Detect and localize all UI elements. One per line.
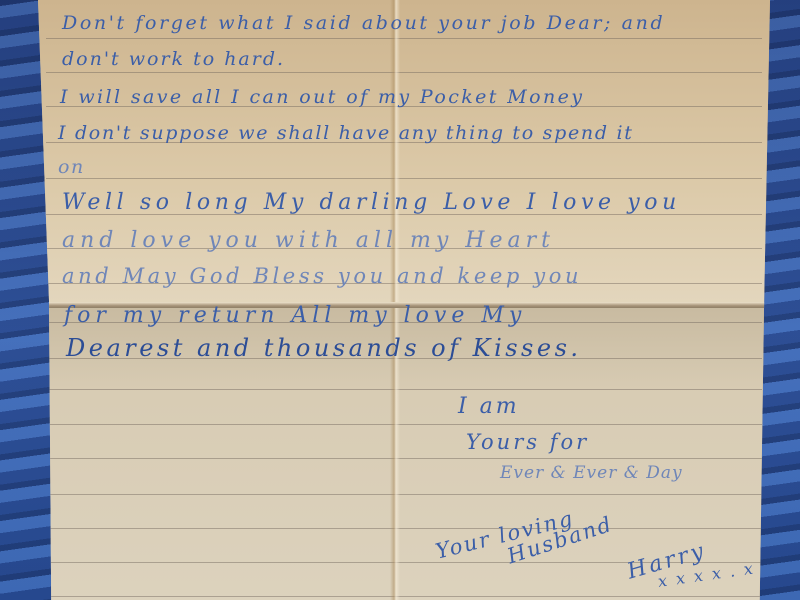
letter-line: Don't forget what I said about your job …	[62, 12, 665, 34]
closing-line: Ever & Ever & Day	[500, 463, 683, 483]
letter-line: and May God Bless you and keep you	[62, 264, 582, 288]
closing-line: I am	[458, 394, 520, 419]
letter-line: for my return All my love My	[64, 303, 526, 328]
letter-paper: Don't forget what I said about your job …	[38, 0, 770, 600]
letter-line: on	[58, 156, 85, 178]
closing-line: Yours for	[466, 430, 589, 454]
letter-line: Dearest and thousands of Kisses.	[66, 334, 582, 362]
letter-line: and love you with all my Heart	[62, 228, 555, 253]
letter-line: Well so long My darling Love I love you	[62, 190, 681, 215]
letter-line: I will save all I can out of my Pocket M…	[60, 86, 584, 108]
letter-line: don't work to hard.	[62, 48, 285, 70]
letter-line: I don't suppose we shall have any thing …	[58, 122, 634, 144]
